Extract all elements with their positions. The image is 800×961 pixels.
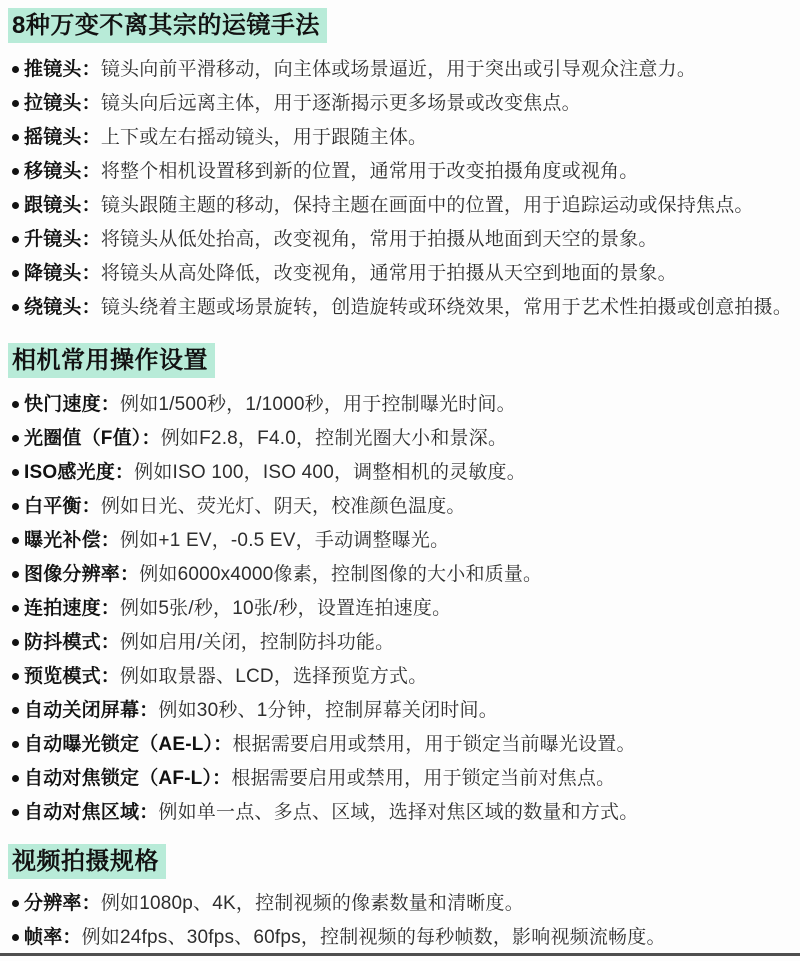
item-desc: 例如启用/关闭，控制防抖功能。 bbox=[120, 632, 394, 653]
item-desc: 例如24fps、30fps、60fps，控制视频的每秒帧数，影响视频流畅度。 bbox=[82, 927, 666, 948]
list-item: 移镜头：将整个相机设置移到新的位置，通常用于改变拍摄角度或视角。 bbox=[8, 155, 800, 189]
list-item: 图像分辨率：例如6000x4000像素，控制图像的大小和质量。 bbox=[8, 558, 800, 592]
item-term: 降镜头： bbox=[24, 263, 101, 284]
item-term: 图像分辨率： bbox=[24, 564, 139, 585]
list-item: 防抖模式：例如启用/关闭，控制防抖功能。 bbox=[8, 626, 800, 660]
list-item: 光圈值（F值）：例如F2.8，F4.0，控制光圈大小和景深。 bbox=[8, 422, 800, 456]
list-item: 连拍速度：例如5张/秒，10张/秒，设置连拍速度。 bbox=[8, 592, 800, 626]
list-item: 白平衡：例如日光、荧光灯、阴天，校准颜色温度。 bbox=[8, 490, 800, 524]
list-item: 快门速度：例如1/500秒，1/1000秒，用于控制曝光时间。 bbox=[8, 388, 800, 422]
list-item: 预览模式：例如取景器、LCD，选择预览方式。 bbox=[8, 660, 800, 694]
item-desc: 镜头向前平滑移动，向主体或场景逼近，用于突出或引导观众注意力。 bbox=[101, 59, 696, 80]
bottom-divider bbox=[0, 953, 800, 956]
item-term: 移镜头： bbox=[24, 161, 101, 182]
item-term: 自动曝光锁定（AE-L）： bbox=[24, 734, 232, 755]
item-desc: 将镜头从低处抬高，改变视角，常用于拍摄从地面到天空的景象。 bbox=[101, 229, 658, 250]
section-title: 视频拍摄规格 bbox=[8, 844, 166, 879]
list-item: 自动对焦区域：例如单一点、多点、区域，选择对焦区域的数量和方式。 bbox=[8, 796, 800, 830]
item-desc: 例如取景器、LCD，选择预览方式。 bbox=[120, 666, 427, 687]
item-term: 白平衡： bbox=[24, 496, 101, 517]
bullet-list: 推镜头：镜头向前平滑移动，向主体或场景逼近，用于突出或引导观众注意力。 拉镜头：… bbox=[8, 53, 800, 325]
item-desc: 将镜头从高处降低，改变视角，通常用于拍摄从天空到地面的景象。 bbox=[101, 263, 677, 284]
item-desc: 例如ISO 100，ISO 400，调整相机的灵敏度。 bbox=[134, 462, 526, 483]
list-item: 跟镜头：镜头跟随主题的移动，保持主题在画面中的位置，用于追踪运动或保持焦点。 bbox=[8, 189, 800, 223]
item-desc: 例如6000x4000像素，控制图像的大小和质量。 bbox=[139, 564, 542, 585]
item-desc: 例如1080p、4K，控制视频的像素数量和清晰度。 bbox=[101, 893, 524, 914]
list-item: ISO感光度：例如ISO 100，ISO 400，调整相机的灵敏度。 bbox=[8, 456, 800, 490]
item-term: 绕镜头： bbox=[24, 297, 101, 318]
item-term: ISO感光度： bbox=[24, 462, 134, 483]
item-term: 推镜头： bbox=[24, 59, 101, 80]
item-desc: 例如1/500秒，1/1000秒，用于控制曝光时间。 bbox=[120, 394, 516, 415]
bullet-list: 分辨率：例如1080p、4K，控制视频的像素数量和清晰度。 帧率：例如24fps… bbox=[8, 887, 800, 955]
item-term: 快门速度： bbox=[24, 394, 120, 415]
item-term: 拉镜头： bbox=[24, 93, 101, 114]
item-term: 自动对焦锁定（AF-L）： bbox=[24, 768, 231, 789]
item-desc: 例如单一点、多点、区域，选择对焦区域的数量和方式。 bbox=[158, 802, 638, 823]
item-term: 分辨率： bbox=[24, 893, 101, 914]
item-term: 自动关闭屏幕： bbox=[24, 700, 158, 721]
section-camera-settings: 相机常用操作设置 快门速度：例如1/500秒，1/1000秒，用于控制曝光时间。… bbox=[8, 325, 800, 830]
section-video-specs: 视频拍摄规格 分辨率：例如1080p、4K，控制视频的像素数量和清晰度。 帧率：… bbox=[8, 830, 800, 955]
item-desc: 例如30秒、1分钟，控制屏幕关闭时间。 bbox=[158, 700, 498, 721]
item-desc: 将整个相机设置移到新的位置，通常用于改变拍摄角度或视角。 bbox=[101, 161, 639, 182]
item-term: 自动对焦区域： bbox=[24, 802, 158, 823]
item-term: 跟镜头： bbox=[24, 195, 101, 216]
list-item: 自动对焦锁定（AF-L）：根据需要启用或禁用，用于锁定当前对焦点。 bbox=[8, 762, 800, 796]
section-title: 8种万变不离其宗的运镜手法 bbox=[8, 8, 327, 43]
list-item: 摇镜头：上下或左右摇动镜头，用于跟随主体。 bbox=[8, 121, 800, 155]
list-item: 拉镜头：镜头向后远离主体，用于逐渐揭示更多场景或改变焦点。 bbox=[8, 87, 800, 121]
list-item: 推镜头：镜头向前平滑移动，向主体或场景逼近，用于突出或引导观众注意力。 bbox=[8, 53, 800, 87]
item-term: 连拍速度： bbox=[24, 598, 120, 619]
list-item: 帧率：例如24fps、30fps、60fps，控制视频的每秒帧数，影响视频流畅度… bbox=[8, 921, 800, 955]
item-desc: 镜头向后远离主体，用于逐渐揭示更多场景或改变焦点。 bbox=[101, 93, 581, 114]
document: 8种万变不离其宗的运镜手法 推镜头：镜头向前平滑移动，向主体或场景逼近，用于突出… bbox=[0, 0, 800, 955]
list-item: 自动关闭屏幕：例如30秒、1分钟，控制屏幕关闭时间。 bbox=[8, 694, 800, 728]
item-term: 曝光补偿： bbox=[24, 530, 120, 551]
item-term: 光圈值（F值）： bbox=[24, 428, 161, 449]
item-desc: 例如5张/秒，10张/秒，设置连拍速度。 bbox=[120, 598, 451, 619]
list-item: 升镜头：将镜头从低处抬高，改变视角，常用于拍摄从地面到天空的景象。 bbox=[8, 223, 800, 257]
list-item: 曝光补偿：例如+1 EV，-0.5 EV，手动调整曝光。 bbox=[8, 524, 800, 558]
list-item: 分辨率：例如1080p、4K，控制视频的像素数量和清晰度。 bbox=[8, 887, 800, 921]
section-camera-movements: 8种万变不离其宗的运镜手法 推镜头：镜头向前平滑移动，向主体或场景逼近，用于突出… bbox=[8, 8, 800, 325]
bullet-list: 快门速度：例如1/500秒，1/1000秒，用于控制曝光时间。 光圈值（F值）：… bbox=[8, 388, 800, 830]
item-desc: 根据需要启用或禁用，用于锁定当前曝光设置。 bbox=[232, 734, 635, 755]
item-term: 帧率： bbox=[24, 927, 82, 948]
item-desc: 根据需要启用或禁用，用于锁定当前对焦点。 bbox=[231, 768, 615, 789]
item-desc: 例如+1 EV，-0.5 EV，手动调整曝光。 bbox=[120, 530, 449, 551]
item-term: 预览模式： bbox=[24, 666, 120, 687]
item-desc: 例如F2.8，F4.0，控制光圈大小和景深。 bbox=[161, 428, 507, 449]
item-term: 升镜头： bbox=[24, 229, 101, 250]
list-item: 自动曝光锁定（AE-L）：根据需要启用或禁用，用于锁定当前曝光设置。 bbox=[8, 728, 800, 762]
item-desc: 例如日光、荧光灯、阴天，校准颜色温度。 bbox=[101, 496, 466, 517]
item-desc: 上下或左右摇动镜头，用于跟随主体。 bbox=[101, 127, 427, 148]
item-desc: 镜头跟随主题的移动，保持主题在画面中的位置，用于追踪运动或保持焦点。 bbox=[101, 195, 754, 216]
item-desc: 镜头绕着主题或场景旋转，创造旋转或环绕效果，常用于艺术性拍摄或创意拍摄。 bbox=[101, 297, 792, 318]
item-term: 防抖模式： bbox=[24, 632, 120, 653]
list-item: 绕镜头：镜头绕着主题或场景旋转，创造旋转或环绕效果，常用于艺术性拍摄或创意拍摄。 bbox=[8, 291, 800, 325]
list-item: 降镜头：将镜头从高处降低，改变视角，通常用于拍摄从天空到地面的景象。 bbox=[8, 257, 800, 291]
item-term: 摇镜头： bbox=[24, 127, 101, 148]
section-title: 相机常用操作设置 bbox=[8, 343, 215, 378]
